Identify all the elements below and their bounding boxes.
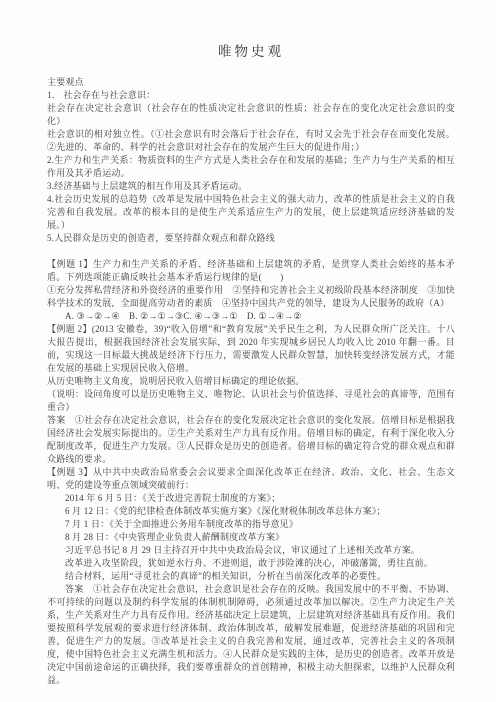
document-body: 主要观点1． 社会存在与社会意识：社会存在决定社会意识（社会存在的性质决定社会意… (47, 76, 455, 687)
paragraph: 8 月 28 日：《中央管理企业负责人薪酬制度改革方案》 (47, 531, 455, 544)
paragraph: 7 月 1 日：《关于全面推进公务用车制度改革的指导意见》 (47, 518, 455, 531)
paragraph: 1． 社会存在与社会意识： (47, 89, 455, 102)
paragraph: 2014 年 6 月 5 日：《关于改进完善院士制度的方案》； (47, 492, 455, 505)
paragraph: 社会存在决定社会意识（社会存在的性质决定社会意识的性质；社会存在的变化决定社会意… (47, 102, 455, 128)
paragraph: 结合材料，运用“寻觅社会的真谛”的相关知识，分析在当前深化改革的必要性。 (47, 570, 455, 583)
paragraph: 答案 ①社会存在决定社会意识，社会存在的变化发展决定社会意识的变化发展。倍增目标… (47, 414, 455, 466)
paragraph: 3.经济基础与上层建筑的相互作用及其矛盾运动。 (47, 180, 455, 193)
paragraph: 2.生产力和生产关系：物质资料的生产方式是人类社会存在和发展的基础；生产力与生产… (47, 154, 455, 180)
paragraph: （说明：设问角度可以是历史唯物主义、唯物论、认识社会与价值选择、寻觅社会的真谛等… (47, 388, 455, 414)
paragraph: 改革进入攻坚阶段，犹如逆水行舟、不进则退，敢于涉险滩的决心，冲破藩篱，勇往直前。 (47, 557, 455, 570)
paragraph: 6 月 12 日：《党的纪律检查体制改革实施方案》《深化财税体制改革总体方案》； (47, 505, 455, 518)
paragraph: 【例题 1】生产力和生产关系的矛盾、经济基础和上层建筑的矛盾，是贯穿人类社会始终… (47, 258, 455, 284)
paragraph: 4.社会历史发展的总趋势（改革是发展中国特色社会主义的强大动力，改革的性质是社会… (47, 193, 455, 232)
paragraph: 答案 ①社会存在决定社会意识，社会意识是社会存在的反映。我国发展中的不平衡、不协… (47, 583, 455, 687)
paragraph: 5.人民群众是历史的创造者，要坚持群众观点和群众路线 (47, 232, 455, 245)
paragraph: 习近平总书记 8 月 29 日主持召开中共中央政治局会议，审议通过了上述相关改革… (47, 544, 455, 557)
paragraph: ①充分发挥私营经济和外资经济的重要作用 ②坚持和完善社会主义初级阶段基本经济制度… (47, 284, 455, 310)
document-page: 唯物史观 主要观点1． 社会存在与社会意识：社会存在决定社会意识（社会存在的性质… (0, 0, 496, 702)
paragraph: 社会意识的相对独立性。（①社会意识有时会落后于社会存在，有时又会先于社会存在而变… (47, 128, 455, 154)
paragraph: 从历史唯物主义角度，说明居民收入倍增目标确定的理论依据。 (47, 375, 455, 388)
document-title: 唯物史观 (47, 44, 455, 60)
paragraph: 【例题 2】(2013 安徽卷，39)“收入倍增”和“教育发展”关乎民生之利，为… (47, 323, 455, 375)
paragraph: 【例题 3】从中共中央政治局常委会会议要求全面深化改革正在经济、政治、文化、社会… (47, 466, 455, 492)
paragraph: 主要观点 (47, 76, 455, 89)
paragraph: A. ③→②→④ B. ②→①→③C. ④→③→① D. ①→④→② (47, 310, 455, 323)
